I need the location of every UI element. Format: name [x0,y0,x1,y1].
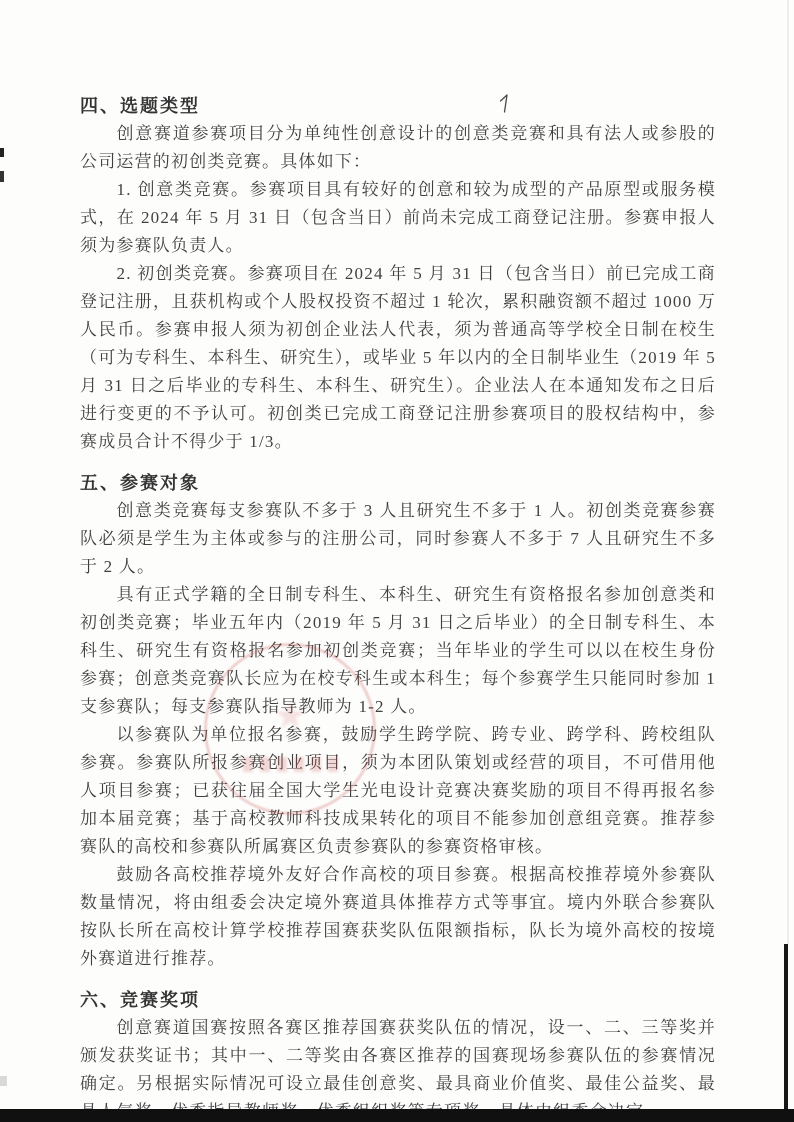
document-page: 四、选题类型 创意赛道参赛项目分为单纯性创意设计的创意类竞赛和具有法人或参股的公… [0,0,794,1122]
paragraph: 以参赛队为单位报名参赛，鼓励学生跨学院、跨专业、跨学科、跨校组队参赛。参赛队所报… [80,721,716,861]
section-awards: 六、竞赛奖项 创意赛道国赛按照各赛区推荐国赛获奖队伍的情况，设一、二、三等奖并颁… [80,986,716,1122]
document-body: 四、选题类型 创意赛道参赛项目分为单纯性创意设计的创意类竞赛和具有法人或参股的公… [80,92,716,1122]
scan-edge-bottom-bar [0,1109,794,1122]
paragraph: 1. 创意类竞赛。参赛项目具有较好的创意和较为成型的产品原型或服务模式，在 20… [80,176,716,260]
scan-edge-left-smudge [0,1076,7,1086]
paragraph: 创意类竞赛每支参赛队不多于 3 人且研究生不多于 1 人。初创类竞赛参赛队必须是… [80,497,716,581]
paragraph: 2. 初创类竞赛。参赛项目在 2024 年 5 月 31 日（包含当日）前已完成… [80,260,716,456]
section-heading-topic-types: 四、选题类型 [80,92,716,120]
section-heading-participants: 五、参赛对象 [80,469,716,497]
section-heading-awards: 六、竞赛奖项 [80,986,716,1014]
section-participants: 五、参赛对象 创意类竞赛每支参赛队不多于 3 人且研究生不多于 1 人。初创类竞… [80,469,716,973]
section-topic-types: 四、选题类型 创意赛道参赛项目分为单纯性创意设计的创意类竞赛和具有法人或参股的公… [80,92,716,456]
paragraph: 鼓励各高校推荐境外友好合作高校的项目参赛。根据高校推荐境外参赛队数量情况，将由组… [80,861,716,973]
scan-edge-left-tick [0,171,4,182]
paragraph: 具有正式学籍的全日制专科生、本科生、研究生有资格报名参加创意类和初创类竞赛；毕业… [80,581,716,721]
paragraph: 创意赛道参赛项目分为单纯性创意设计的创意类竞赛和具有法人或参股的公司运营的初创类… [80,120,716,176]
scan-edge-left-tick [0,148,4,157]
paragraph: 创意赛道国赛按照各赛区推荐国赛获奖队伍的情况，设一、二、三等奖并颁发获奖证书；其… [80,1014,716,1122]
pen-mark-icon [497,92,515,116]
scan-edge-right-faint [787,0,789,944]
scan-edge-right-dark [784,944,788,1122]
